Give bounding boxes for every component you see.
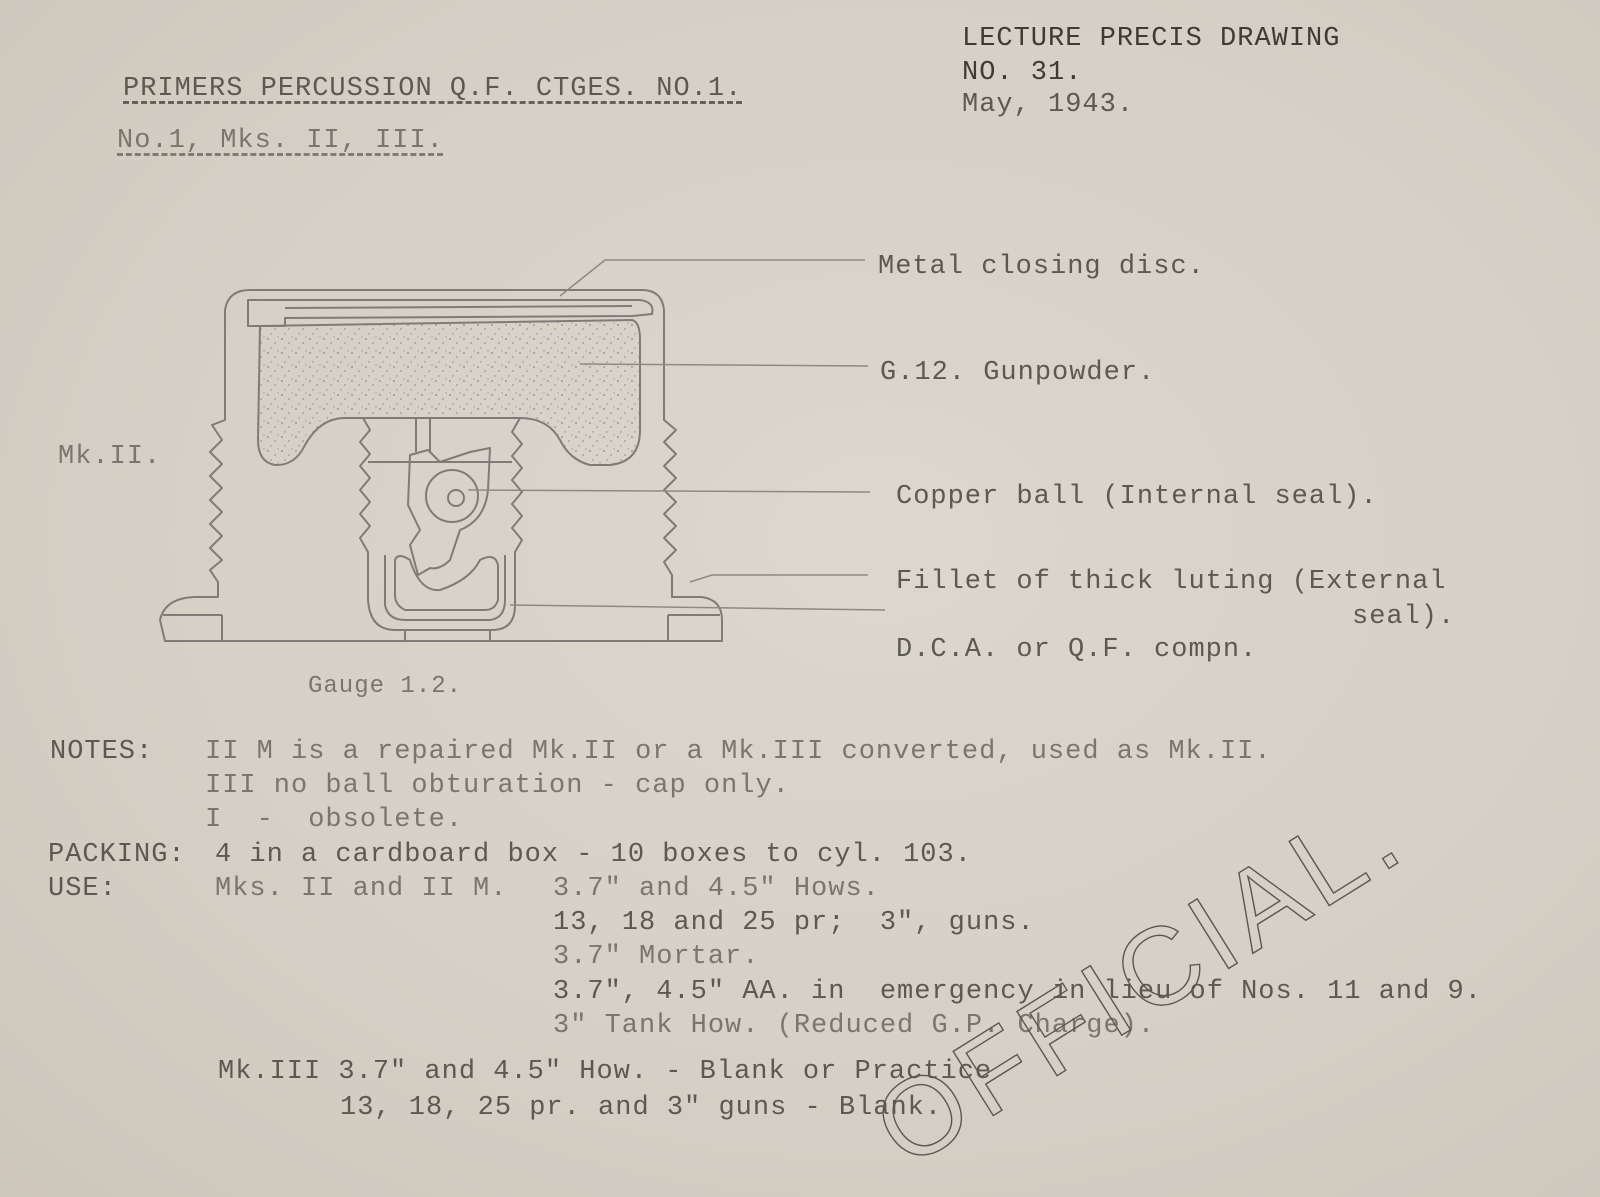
packing-text: 4 in a cardboard box - 10 boxes to cyl. … [215,838,972,872]
mark-label: Mk.II. [58,440,161,474]
notes-line: I - obsolete. [205,803,463,837]
use-line: 3.7" Mortar. [553,940,759,974]
callout-leader-lines [468,260,885,610]
packing-label: PACKING: [48,838,186,872]
callout-metal-closing-disc: Metal closing disc. [878,250,1205,284]
notes-label: NOTES: [50,735,153,769]
primer-body-outline [160,290,722,641]
callout-fillet-luting: Fillet of thick luting (External [896,565,1446,599]
gauge-caption: Gauge 1.2. [308,670,462,704]
use-label: USE: [48,872,117,906]
use-line: 3.7" and 4.5" Hows. [553,872,880,906]
callout-fillet-luting-cont: seal). [1352,600,1455,634]
callout-dca-compn: D.C.A. or Q.F. compn. [896,633,1257,667]
mk3-use-line: 13, 18, 25 pr. and 3" guns - Blank. [340,1091,942,1125]
callout-gunpowder: G.12. Gunpowder. [880,356,1155,390]
use-line: 13, 18 and 25 pr; 3", guns. [553,906,1035,940]
notes-line: III no ball obturation - cap only. [205,769,790,803]
notes-line: II M is a repaired Mk.II or a Mk.III con… [205,735,1272,769]
use-marks: Mks. II and II M. [215,872,507,906]
callout-copper-ball: Copper ball (Internal seal). [896,480,1378,514]
